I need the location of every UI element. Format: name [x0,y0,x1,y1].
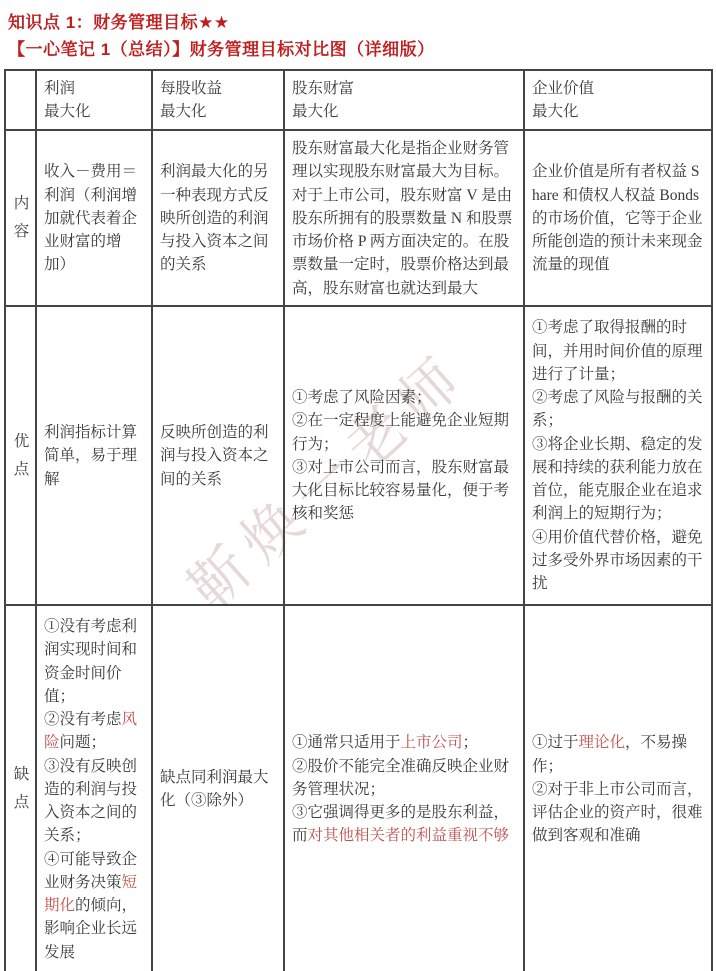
cell-content-eps: 利润最大化的另一种表现方式反映所创造的利润与投入资本之间的关系 [152,130,284,306]
header-line: 股东财富 [292,77,516,100]
cell-disadvantages-shareholder-wealth: ①通常只适用于上市公司；②股价不能完全准确反映企业财务管理状况；③它强调得更多的… [284,605,524,971]
header-line: 利润 [44,77,144,100]
corner-cell [5,70,36,130]
comparison-table: 利润 最大化 每股收益 最大化 股东财富 最大化 企业价值 最大化 [4,69,713,971]
row-label-disadvantages: 缺点 [5,605,36,971]
header-line: 每股收益 [160,77,276,100]
cell-content-shareholder-wealth: 股东财富最大化是指企业财务管理以实现股东财富最大为目标。对于上市公司，股东财富 … [284,130,524,306]
cell-advantages-enterprise-value: ①考虑了取得报酬的时间，并用时间价值的原理进行了计量；②考虑了风险与报酬的关系；… [524,306,712,605]
row-label-text: 内容 [13,190,30,246]
cell-disadvantages-enterprise-value: ①过于理论化，不易操作；②对于非上市公司而言，评估企业的资产时，很难做到客观和准… [524,605,712,971]
header-line: 企业价值 [532,77,704,100]
content-row: 内容 收入－费用＝利润（利润增加就代表着企业财富的增加） 利润最大化的另一种表现… [5,130,712,306]
header-row: 利润 最大化 每股收益 最大化 股东财富 最大化 企业价值 最大化 [5,70,712,130]
cell-advantages-profit: 利润指标计算简单，易于理解 [36,306,152,605]
cell-content-enterprise-value: 企业价值是所有者权益 Share 和债权人权益 Bonds 的市场价值，它等于企… [524,130,712,306]
advantages-row: 优点 利润指标计算简单，易于理解 反映所创造的利润与投入资本之间的关系 ①考虑了… [5,306,712,605]
header-line: 最大化 [292,100,516,123]
row-label-text: 优点 [13,428,30,484]
cell-advantages-eps: 反映所创造的利润与投入资本之间的关系 [152,306,284,605]
col-header-enterprise-value-max: 企业价值 最大化 [524,70,712,130]
disadvantages-row: 缺点 ①没有考虑利润实现时间和资金时间价值；②没有考虑风险问题；③没有反映创造的… [5,605,712,971]
row-label-advantages: 优点 [5,306,36,605]
header-line: 最大化 [44,100,144,123]
col-header-profit-max: 利润 最大化 [36,70,152,130]
row-label-content: 内容 [5,130,36,306]
title-block: 知识点 1：财务管理目标★★ 【一心笔记 1（总结）】财务管理目标对比图（详细版… [0,0,716,63]
knowledge-point-title: 知识点 1：财务管理目标★★ [8,9,716,36]
notes-subtitle: 【一心笔记 1（总结）】财务管理目标对比图（详细版） [8,36,716,63]
col-header-shareholder-wealth-max: 股东财富 最大化 [284,70,524,130]
cell-disadvantages-eps: 缺点同利润最大化（③除外） [152,605,284,971]
header-line: 最大化 [532,100,704,123]
col-header-eps-max: 每股收益 最大化 [152,70,284,130]
header-line: 最大化 [160,100,276,123]
cell-advantages-shareholder-wealth: ①考虑了风险因素；②在一定程度上能避免企业短期行为；③对上市公司而言，股东财富最… [284,306,524,605]
row-label-text: 缺点 [13,761,30,817]
cell-disadvantages-profit: ①没有考虑利润实现时间和资金时间价值；②没有考虑风险问题；③没有反映创造的利润与… [36,605,152,971]
notes-page: 知识点 1：财务管理目标★★ 【一心笔记 1（总结）】财务管理目标对比图（详细版… [0,0,716,971]
cell-content-profit: 收入－费用＝利润（利润增加就代表着企业财富的增加） [36,130,152,306]
